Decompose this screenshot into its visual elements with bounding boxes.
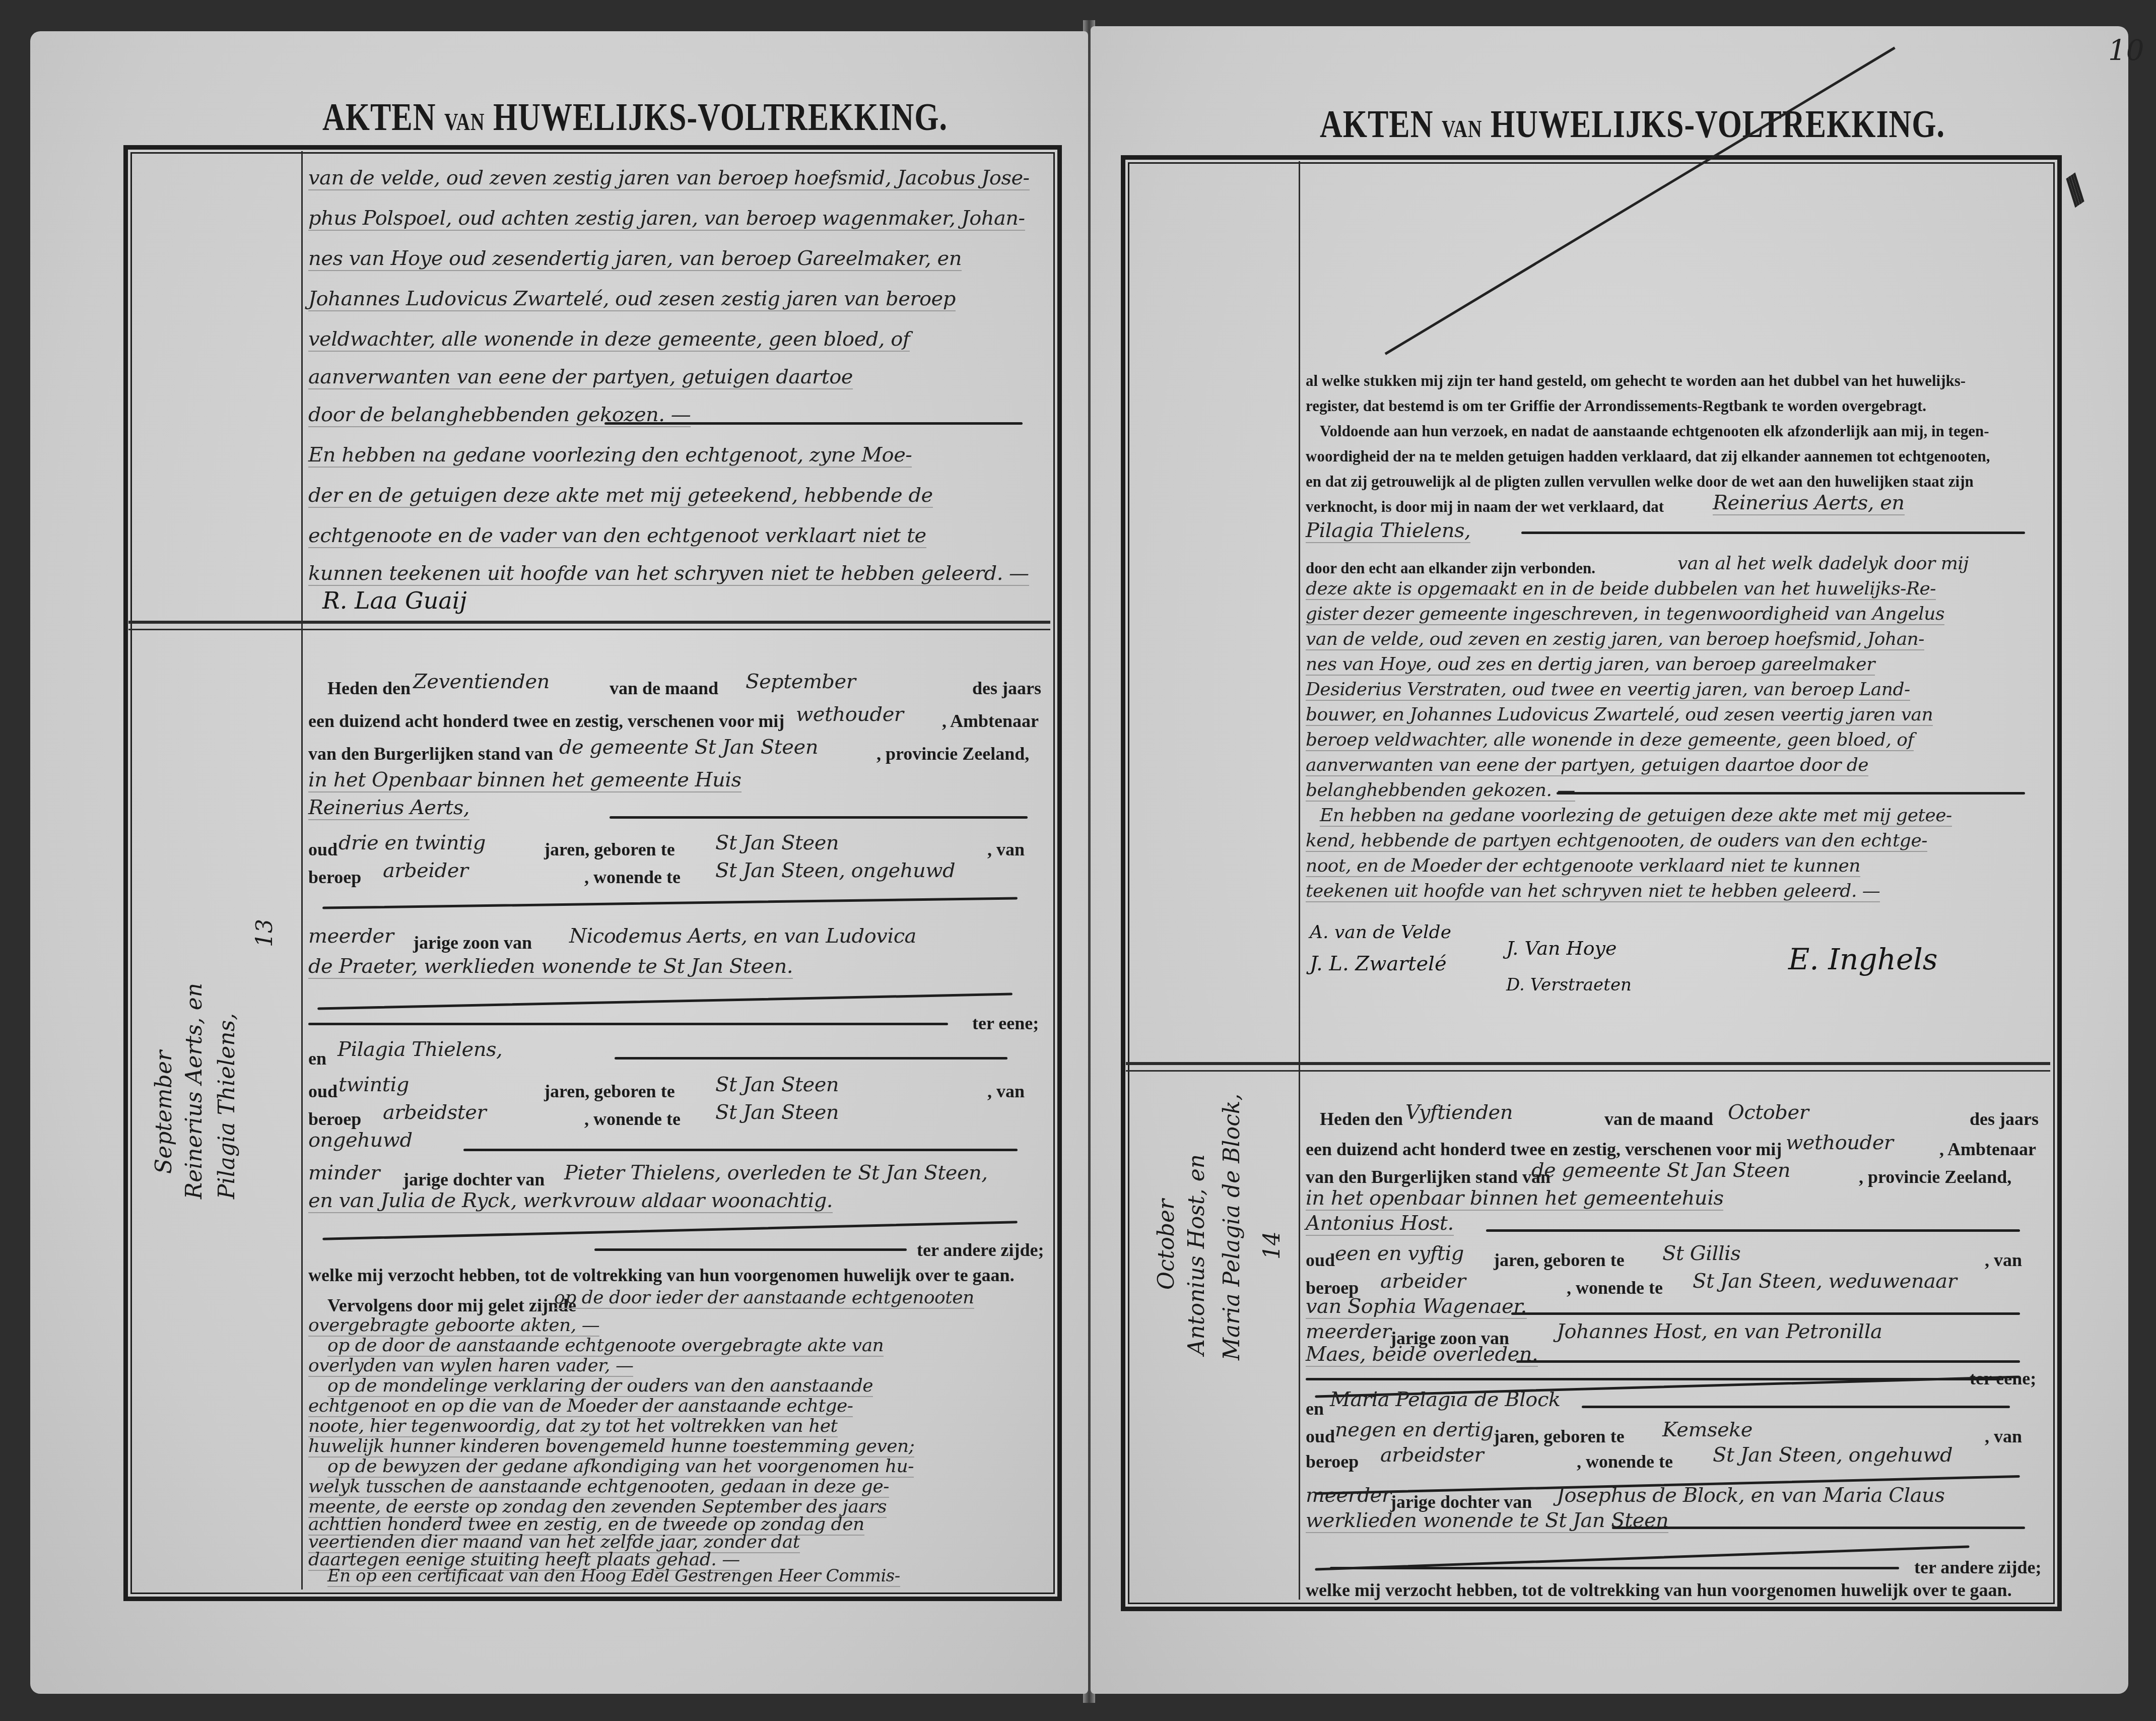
- bride-birthplace: Kemseke: [1662, 1418, 1753, 1441]
- text-line: aanverwanten van eene der partyen, getui…: [308, 365, 853, 389]
- label: jaren, geboren te: [1494, 1426, 1625, 1447]
- document-line: op de door ieder der aanstaande echtgeno…: [554, 1287, 974, 1309]
- text-line: phus Polspoel, oud achten zestig jaren, …: [308, 207, 1025, 231]
- signature: J. Van Hoye: [1506, 937, 1617, 959]
- fill-line: [594, 1248, 907, 1251]
- document-line: noote, hier tegenwoordig, dat zy tot het…: [308, 1416, 838, 1437]
- label: van de maand: [610, 678, 718, 699]
- groom-age: een en vyftig: [1335, 1242, 1464, 1265]
- text-line: der en de getuigen deze akte met mij get…: [308, 484, 933, 508]
- text-line: Johannes Ludovicus Zwartelé, oud zesen z…: [308, 287, 956, 311]
- left-entry-divider: [128, 621, 1050, 630]
- groom-parents: Johannes Host, en van Petronilla: [1557, 1320, 1882, 1343]
- entry-day: Zeventienden: [413, 670, 550, 693]
- text-line: deze akte is opgemaakt en in de beide du…: [1306, 578, 1936, 600]
- margin-month: September: [151, 1050, 177, 1174]
- entry-location: in het Openbaar binnen het gemeente Huis: [308, 768, 742, 792]
- label: , van: [1985, 1249, 2022, 1271]
- bride-occupation: arbeidster: [1380, 1443, 1484, 1467]
- document-line: op de door de aanstaande echtgenoote ove…: [327, 1335, 884, 1357]
- printed-line: al welke stukken mij zijn ter hand geste…: [1306, 372, 1966, 390]
- label: ter andere zijde;: [917, 1239, 1044, 1261]
- groom-name: Reinerius Aerts,: [308, 796, 469, 820]
- label: Heden den: [1320, 1108, 1403, 1130]
- label: oud: [308, 1081, 338, 1102]
- printed-line: door den echt aan elkander zijn verbonde…: [1306, 559, 1595, 577]
- label: van den Burgerlijken stand van: [308, 743, 553, 764]
- margin-bride: Pilagia Thielens,: [214, 1013, 240, 1199]
- label: ter eene;: [1970, 1368, 2036, 1389]
- label: des jaars: [972, 678, 1041, 699]
- bride-name: Maria Pelagia de Block: [1330, 1388, 1561, 1411]
- label: des jaars: [1970, 1108, 2039, 1130]
- right-page-title: AKTEN VAN HUWELIJKS-VOLTREKKING.: [1320, 102, 1945, 147]
- text-line: van al het welk dadelyk door mij: [1677, 553, 1969, 574]
- entry-officer: wethouder: [1786, 1131, 1894, 1154]
- label: , van: [987, 839, 1025, 860]
- fill-line: [1612, 1527, 2025, 1529]
- label: jaren, geboren te: [1494, 1249, 1625, 1271]
- fill-line: [610, 816, 1028, 819]
- label: beroep: [1306, 1451, 1359, 1472]
- label: oud: [308, 839, 338, 860]
- label: oud: [1306, 1426, 1335, 1447]
- text-line: nes van Hoye, oud zes en dertig jaren, v…: [1306, 654, 1875, 676]
- document-line: welyk tusschen de aanstaande echtgenoote…: [308, 1476, 889, 1498]
- label: jaren, geboren te: [544, 839, 675, 860]
- label: een duizend acht honderd twee en zestig,…: [308, 710, 784, 732]
- text-line: veldwachter, alle wonende in deze gemeen…: [308, 327, 910, 352]
- text-line: beroep veldwachter, alle wonende in deze…: [1306, 730, 1914, 751]
- couple-groom: Reinerius Aerts, en: [1713, 491, 1905, 515]
- label: , provincie Zeeland,: [877, 743, 1029, 764]
- text-line: teekenen uit hoofde van het schryven nie…: [1306, 881, 1880, 902]
- text-line: noot, en de Moeder der echtgenoote verkl…: [1306, 855, 1860, 877]
- label: oud: [1306, 1249, 1335, 1271]
- label: , wonende te: [584, 1108, 681, 1130]
- label: beroep: [308, 1108, 361, 1130]
- bride-residence: St Jan Steen: [715, 1101, 839, 1124]
- title-word: AKTEN: [1320, 103, 1433, 146]
- printed-line: verknocht, is door mij in naam der wet v…: [1306, 498, 1664, 516]
- label: Vervolgens door mij gelet zijnde: [327, 1295, 576, 1316]
- text-line: kunnen teekenen uit hoofde van het schry…: [308, 562, 1029, 586]
- title-word: VAN: [1442, 116, 1482, 143]
- text-line: En hebben na gedane voorlezing den echtg…: [308, 443, 912, 468]
- label: jarige zoon van: [413, 932, 532, 953]
- title-word: HUWELIJKS-VOLTREKKING.: [1491, 103, 1945, 146]
- groom-occupation: arbeider: [1380, 1270, 1465, 1293]
- document-line: echtgenoot en op die van de Moeder der a…: [308, 1396, 853, 1417]
- printed-line: Voldoende aan hun verzoek, en nadat de a…: [1320, 422, 1989, 440]
- fill-line: [1306, 1378, 2001, 1380]
- fill-line: [1330, 1567, 1899, 1569]
- text-line: nes van Hoye oud zesendertig jaren, van …: [308, 247, 962, 271]
- entry-location: in het openbaar binnen het gemeentehuis: [1306, 1186, 1723, 1211]
- label: en: [308, 1048, 326, 1069]
- bride-birthplace: St Jan Steen: [715, 1073, 839, 1096]
- label: van de maand: [1604, 1108, 1713, 1130]
- title-word: AKTEN: [322, 96, 436, 139]
- groom-occupation: arbeider: [383, 859, 468, 882]
- fill-line: [463, 1149, 1018, 1151]
- groom-name: Antonius Host.: [1306, 1212, 1454, 1236]
- label: welke mij verzocht hebben, tot de voltre…: [308, 1265, 1015, 1286]
- fill-line: [308, 1023, 948, 1025]
- bride-majority: meerder: [1306, 1484, 1391, 1507]
- document-line: op de bewyzen der gedane afkondiging van…: [327, 1456, 914, 1478]
- margin-bride: Maria Pelagia de Block,: [1219, 1094, 1245, 1360]
- label: , van: [1985, 1426, 2022, 1447]
- groom-parents: de Praeter, werklieden wonende te St Jan…: [308, 955, 793, 979]
- fill-line: [615, 1057, 1007, 1060]
- label: jarige dochter van: [403, 1169, 545, 1190]
- bride-age: negen en dertig: [1335, 1418, 1494, 1441]
- label: , wonende te: [1577, 1451, 1673, 1472]
- bride-parents: werklieden wonende te St Jan Steen: [1306, 1509, 1668, 1533]
- groom-widower-of: van Sophia Wagenaer.: [1306, 1295, 1527, 1319]
- fill-line: [1516, 1360, 2020, 1363]
- label: ter eene;: [972, 1013, 1039, 1034]
- groom-residence: St Jan Steen, weduwenaar: [1693, 1270, 1957, 1293]
- bride-occupation: arbeidster: [383, 1101, 486, 1124]
- groom-parents: Maes, beide overleden.: [1306, 1343, 1538, 1367]
- margin-record-number: 14: [1259, 1231, 1285, 1260]
- bride-residence: St Jan Steen, ongehuwd: [1713, 1443, 1952, 1467]
- right-margin-column-divider: [1299, 161, 1300, 1600]
- groom-birthplace: St Jan Steen: [715, 831, 839, 854]
- entry-municipality: de gemeente St Jan Steen: [559, 736, 818, 759]
- label: , Ambtenaar: [942, 710, 1039, 732]
- label: , van: [987, 1081, 1025, 1102]
- fill-line: [604, 422, 1023, 425]
- margin-groom: Reinerius Aerts, en: [181, 983, 207, 1199]
- groom-majority: meerder: [308, 924, 393, 948]
- document-line: overgebragte geboorte akten, —: [308, 1315, 599, 1337]
- entry-month: October: [1728, 1101, 1808, 1124]
- margin-record-number: 13: [252, 919, 278, 947]
- groom-majority: meerder: [1306, 1320, 1391, 1343]
- printed-line: register, dat bestemd is om ter Griffie …: [1306, 397, 1926, 415]
- margin-groom: Antonius Host, en: [1184, 1154, 1209, 1355]
- bride-parents: en van Julia de Ryck, werkvrouw aldaar w…: [308, 1189, 833, 1213]
- text-line: belanghebbenden gekozen. —: [1306, 780, 1575, 802]
- label: , provincie Zeeland,: [1859, 1166, 2011, 1187]
- text-line: kend, hebbende de partyen echtgenooten, …: [1306, 830, 1927, 852]
- text-line: van de velde, oud zeven en zestig jaren,…: [1306, 629, 1924, 650]
- bride-parents: Josephus de Block, en van Maria Claus: [1557, 1484, 1944, 1507]
- label: en: [1306, 1398, 1324, 1419]
- bride-name: Pilagia Thielens,: [338, 1038, 502, 1061]
- printed-line: en dat zij getrouwelijk al de pligten zu…: [1306, 473, 1974, 491]
- signature: J. L. Zwartelé: [1310, 952, 1447, 975]
- groom-parents: Nicodemus Aerts, en van Ludovica: [569, 924, 916, 948]
- text-line: echtgenoote en de vader van den echtgeno…: [308, 524, 926, 548]
- fill-line: [1521, 532, 2025, 534]
- label: , wonende te: [1567, 1277, 1663, 1298]
- entry-municipality: de gemeente St Jan Steen: [1531, 1159, 1790, 1182]
- label: jaren, geboren te: [544, 1081, 675, 1102]
- title-word: VAN: [444, 109, 485, 136]
- fill-line: [1582, 1406, 2010, 1408]
- page-number: 10: [2108, 34, 2144, 67]
- groom-age: drie en twintig: [339, 831, 486, 854]
- text-line: Desiderius Verstraten, oud twee en veert…: [1306, 679, 1910, 701]
- label: van den Burgerlijken stand van: [1306, 1166, 1551, 1187]
- bride-parents: Pieter Thielens, overleden te St Jan Ste…: [564, 1161, 988, 1184]
- couple-bride: Pilagia Thielens,: [1306, 519, 1470, 543]
- bride-majority: minder: [308, 1161, 380, 1184]
- text-line: En hebben na gedane voorlezing de getuig…: [1320, 805, 1952, 827]
- label: een duizend acht honderd twee en zestig,…: [1306, 1139, 1782, 1160]
- document-line: huwelijk hunner kinderen bovengemeld hun…: [308, 1436, 914, 1458]
- signature: R. Laa Guaij: [322, 587, 467, 614]
- document-line: En op een certificaat van den Hoog Edel …: [327, 1566, 900, 1587]
- label: welke mij verzocht hebben, tot de voltre…: [1306, 1579, 2012, 1601]
- text-line: aanverwanten van eene der partyen, getui…: [1306, 755, 1868, 776]
- document-line: overlyden van wylen haren vader, —: [308, 1355, 633, 1377]
- text-line: van de velde, oud zeven zestig jaren van…: [308, 166, 1030, 190]
- fill-line: [1557, 792, 2025, 795]
- title-word: HUWELIJKS-VOLTREKKING.: [493, 96, 948, 139]
- document-line: op de mondelinge verklaring der ouders v…: [327, 1375, 873, 1397]
- label: Heden den: [327, 678, 411, 699]
- bride-age: twintig: [339, 1073, 409, 1096]
- left-page-title: AKTEN VAN HUWELIJKS-VOLTREKKING.: [322, 95, 948, 140]
- fill-line: [1486, 1229, 2020, 1232]
- fill-line: [1511, 1312, 2020, 1315]
- signature: D. Verstraeten: [1506, 975, 1632, 995]
- entry-day: Vyftienden: [1405, 1101, 1513, 1124]
- signature: E. Inghels: [1788, 942, 1938, 976]
- label: ter andere zijde;: [1914, 1557, 2042, 1578]
- text-line: gister dezer gemeente ingeschreven, in t…: [1306, 604, 1944, 625]
- label: , wonende te: [584, 867, 681, 888]
- bride-status: ongehuwd: [308, 1129, 413, 1152]
- signature: A. van de Velde: [1310, 922, 1451, 943]
- entry-month: September: [746, 670, 855, 693]
- right-entry-divider: [1126, 1062, 2050, 1072]
- text-line: bouwer, en Johannes Ludovicus Zwartelé, …: [1306, 704, 1933, 726]
- groom-birthplace: St Gillis: [1662, 1242, 1740, 1265]
- entry-officer: wethouder: [796, 703, 904, 726]
- printed-line: woordigheid der na te melden getuigen ha…: [1306, 447, 1990, 466]
- label: , Ambtenaar: [1939, 1139, 2036, 1160]
- label: beroep: [308, 867, 361, 888]
- left-margin-column-divider: [301, 151, 303, 1590]
- groom-residence: St Jan Steen, ongehuwd: [715, 859, 955, 882]
- margin-month: October: [1154, 1199, 1179, 1290]
